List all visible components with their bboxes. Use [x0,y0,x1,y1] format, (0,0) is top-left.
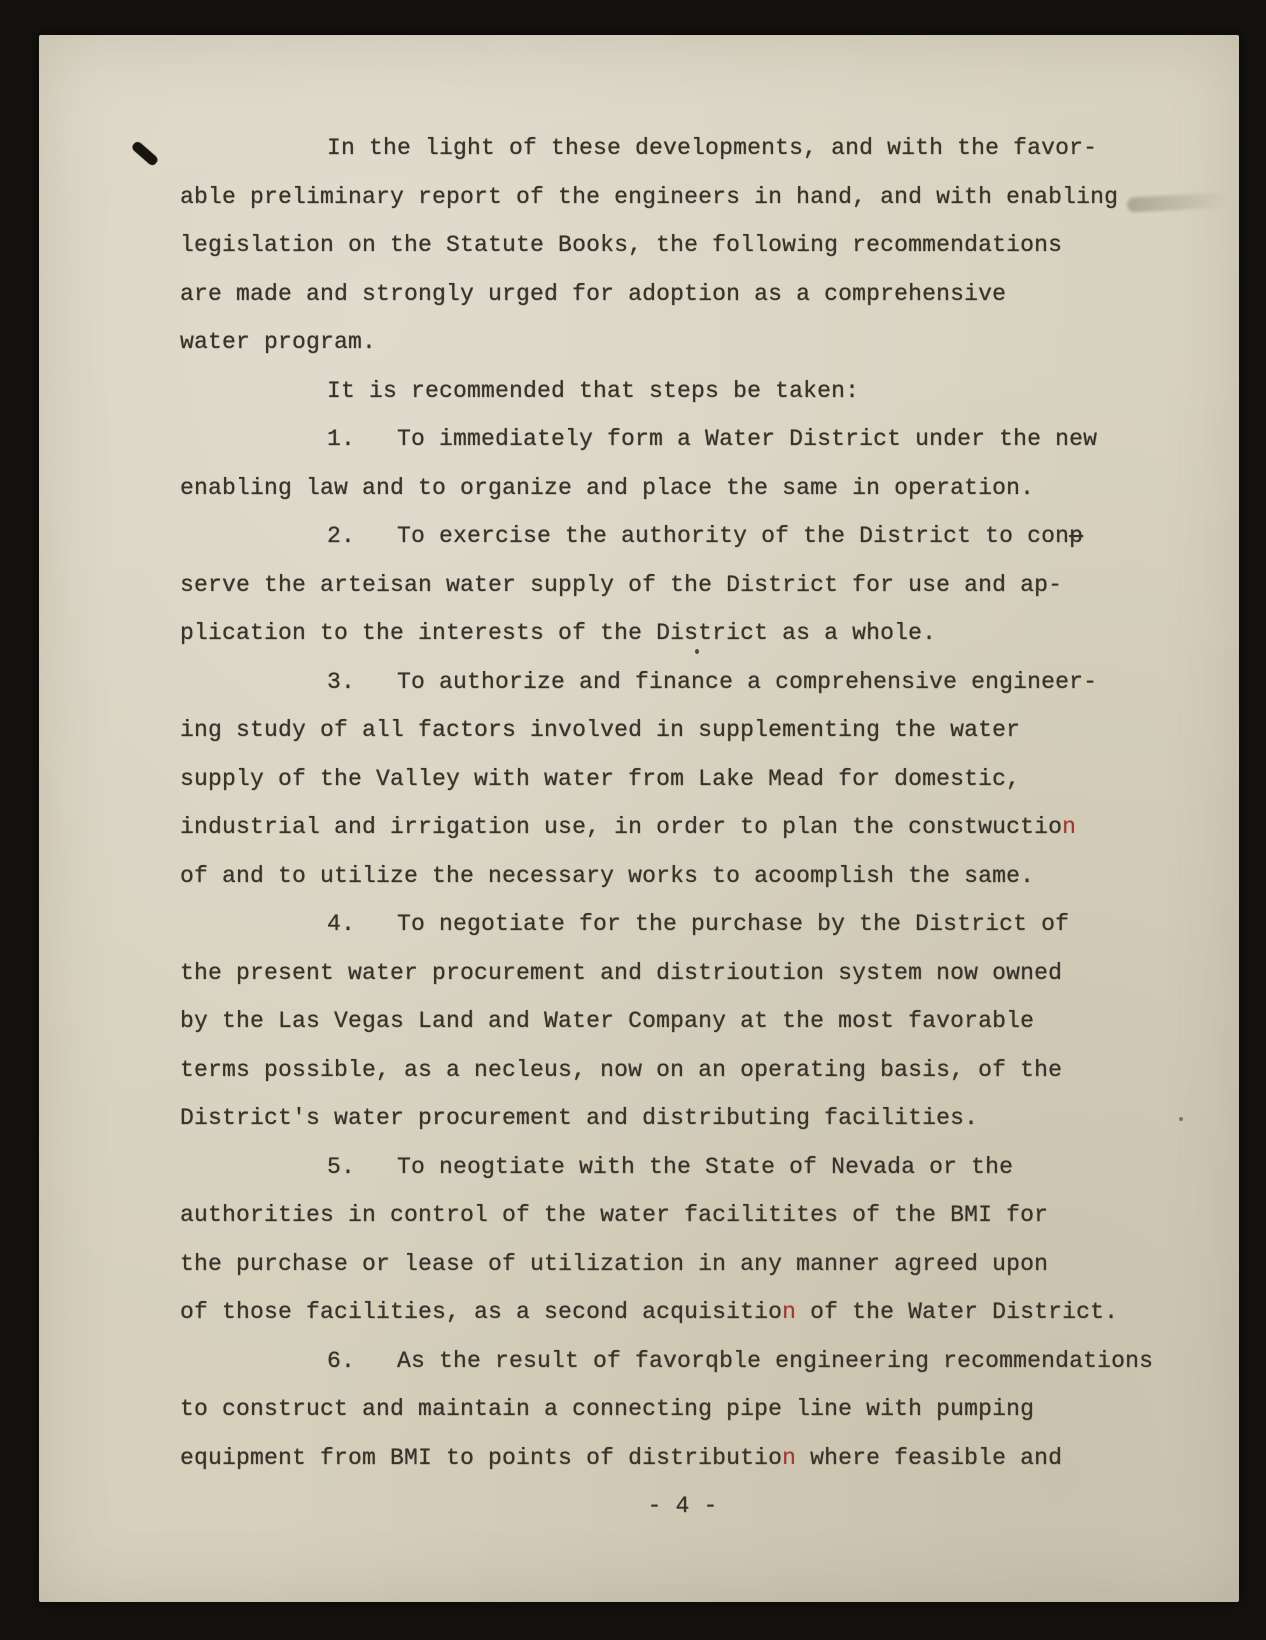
text-line: District's water procurement and distrib… [180,1094,1185,1143]
text-line: plication to the interests of the Distri… [180,609,1185,658]
text-line: ing study of all factors involved in sup… [180,706,1185,755]
text-line: It is recommended that steps be taken: [180,367,1185,416]
text-line: the present water procurement and distri… [180,949,1185,998]
text-line: are made and strongly urged for adoption… [180,270,1185,319]
text-line: 6. As the result of favorqble engineerin… [180,1337,1185,1386]
text-line: 1. To immediately form a Water District … [180,415,1185,464]
text-line: of and to utilize the necessary works to… [180,852,1185,901]
text-line: 3. To authorize and finance a comprehens… [180,658,1185,707]
text-line: by the Las Vegas Land and Water Company … [180,997,1185,1046]
text-line: legislation on the Statute Books, the fo… [180,221,1185,270]
text-line: 2. To exercise the authority of the Dist… [180,512,1185,561]
text-line: serve the arteisan water supply of the D… [180,561,1185,610]
scan-background: In the light of these developments, and … [0,0,1266,1640]
text-line: 4. To negotiate for the purchase by the … [180,900,1185,949]
text-line: supply of the Valley with water from Lak… [180,755,1185,804]
text-line: industrial and irrigation use, in order … [180,803,1185,852]
document-page: In the light of these developments, and … [39,35,1239,1602]
text-line: terms possible, as a necleus, now on an … [180,1046,1185,1095]
text-line: of those facilities, as a second acquisi… [180,1288,1185,1337]
text-line: In the light of these developments, and … [180,124,1185,173]
text-line: to construct and maintain a connecting p… [180,1385,1185,1434]
text-line: the purchase or lease of utilization in … [180,1240,1185,1289]
document-lines: In the light of these developments, and … [180,124,1185,1531]
text-line: able preliminary report of the engineers… [180,173,1185,222]
text-line: 5. To neogtiate with the State of Nevada… [180,1143,1185,1192]
text-line: authorities in control of the water faci… [180,1191,1185,1240]
text-line: equipment from BMI to points of distribu… [180,1434,1185,1483]
text-line: enabling law and to organize and place t… [180,464,1185,513]
pen-mark-icon [131,140,159,167]
text-line: water program. [180,318,1185,367]
page-number: - 4 - [180,1482,1185,1531]
